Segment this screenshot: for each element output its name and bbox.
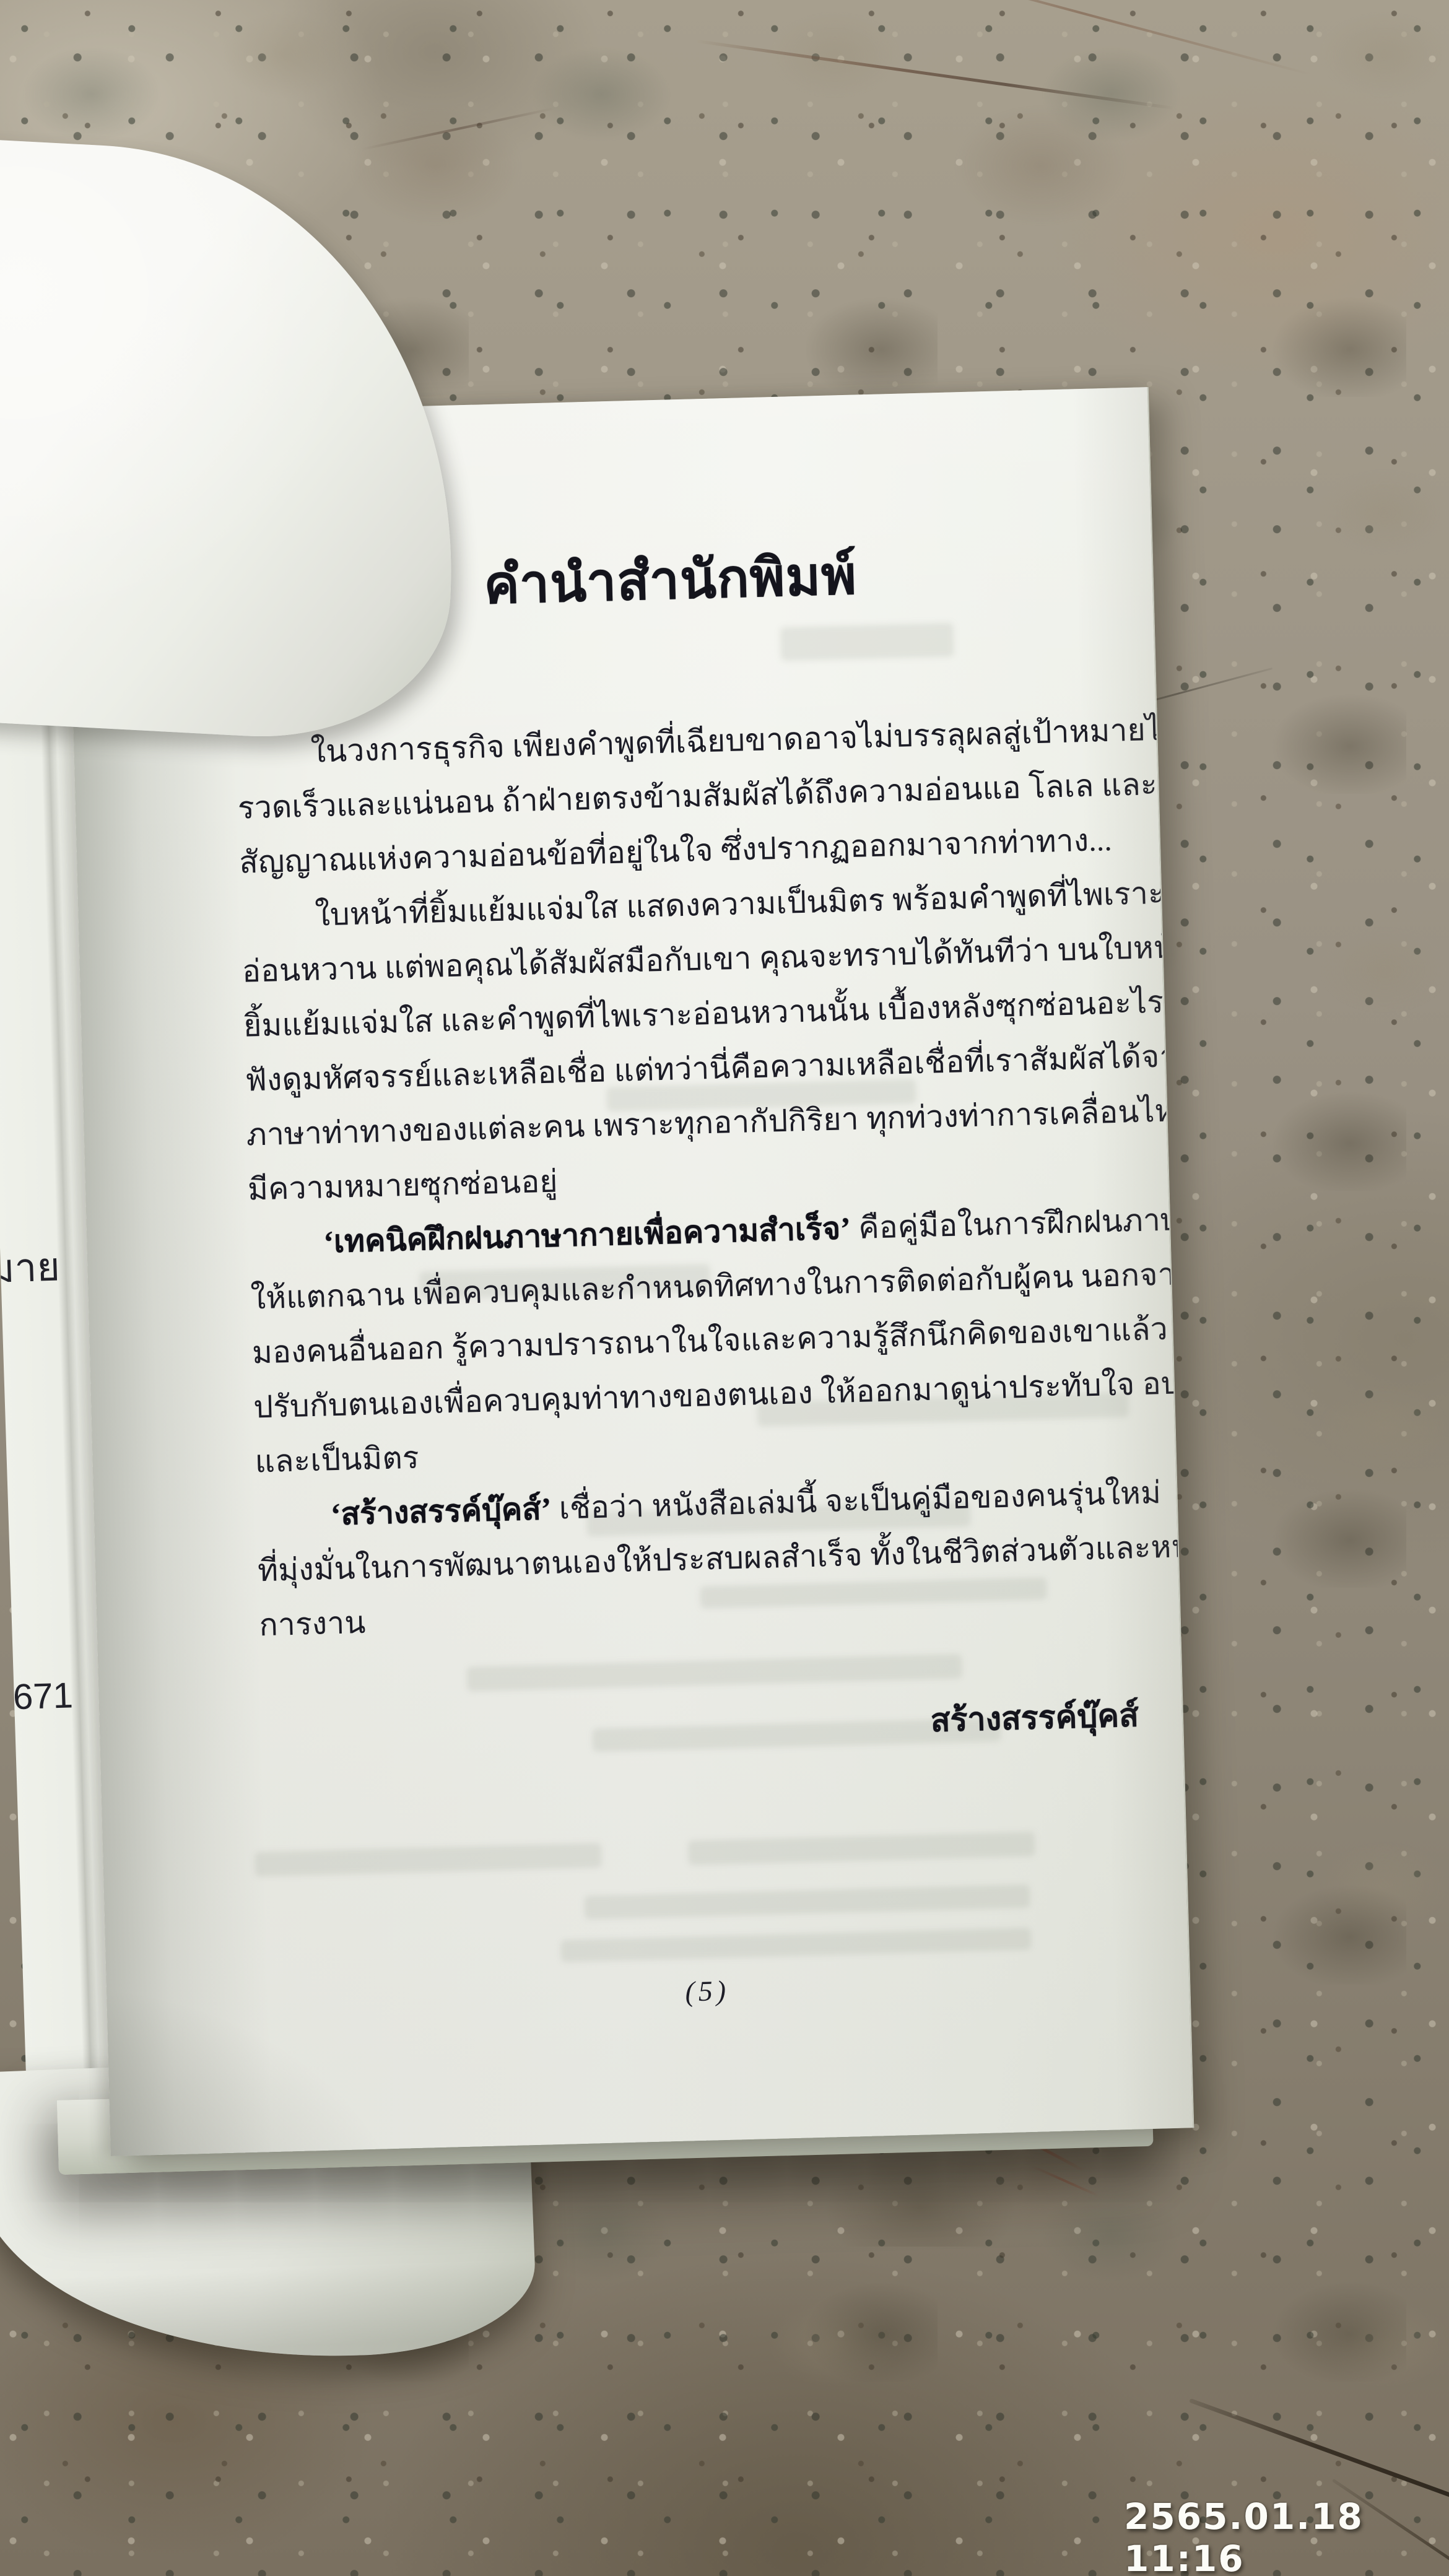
camera-timestamp: 2565.01.18 11:16: [1124, 2495, 1449, 2576]
left-page-fragment: หมาย: [0, 1235, 61, 1302]
publisher-signature: สร้างสรรค์บุ๊คส์: [261, 1689, 1139, 1763]
page-number: (5): [269, 1963, 1146, 2019]
paragraph: ใบหน้าที่ยิ้มแย้มแจ่มใส แสดงความเป็นมิตร…: [240, 867, 1125, 1217]
paragraph: ‘เทคนิคฝึกฝนภาษากายเพื่อความสำเร็จ’ คือค…: [248, 1194, 1132, 1489]
photo-of-open-book: มะ หมาย 5671 คำนำสำนักพิมพ์ ในวงการธุรกิ…: [0, 0, 1449, 2576]
left-page-fragment: 5671: [0, 1674, 74, 1718]
book: มะ หมาย 5671 คำนำสำนักพิมพ์ ในวงการธุรกิ…: [0, 0, 1449, 2576]
paragraphs: ในวงการธุรกิจ เพียงคำพูดที่เฉียบขาดอาจไม…: [236, 703, 1137, 1653]
paragraph: ‘สร้างสรรค์บุ๊คส์’ เชื่อว่า หนังสือเล่มน…: [256, 1466, 1136, 1652]
paragraph: ในวงการธุรกิจ เพียงคำพูดที่เฉียบขาดอาจไม…: [236, 703, 1116, 890]
curled-page-corner: [0, 133, 473, 746]
